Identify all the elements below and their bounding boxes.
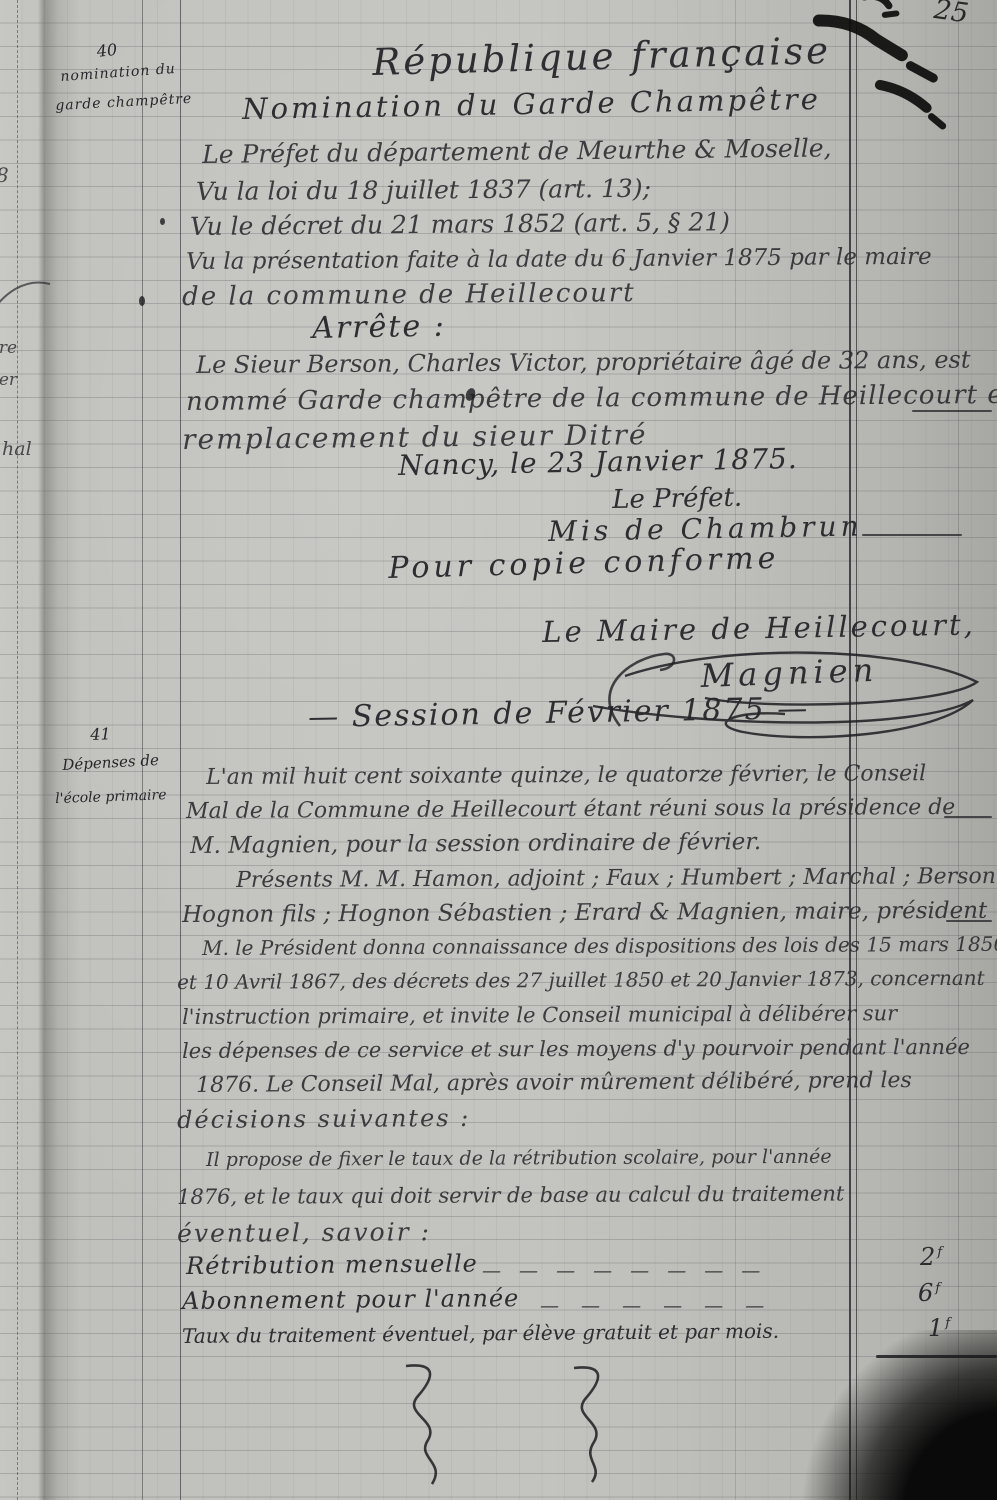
arrete-heading: Arrête : — [312, 311, 446, 345]
amount-column-line-1 — [849, 0, 851, 1500]
act-line: Le Préfet du département de Meurthe & Mo… — [202, 135, 832, 168]
prefet-title: Le Préfet. — [612, 485, 742, 515]
act-line: Vu la présentation faite à la date du 6 … — [186, 245, 932, 274]
session-line: L'an mil huit cent soixante quinze, le q… — [206, 762, 926, 789]
tariff-item-amount: 1f — [928, 1316, 950, 1341]
edge-flourish — [0, 270, 52, 340]
margin-note-line: nomination du — [60, 62, 176, 85]
filler-stroke — [944, 816, 992, 818]
amount-value: 1 — [928, 1314, 943, 1342]
session-line: Hognon fils ; Hognon Sébastien ; Erard &… — [182, 899, 987, 927]
prefet-signature: Mis de Chambrun — [548, 512, 863, 547]
margin-line-outer — [142, 0, 143, 1500]
amount-unit: f — [935, 1281, 940, 1296]
edge-fragment: ter — [0, 370, 17, 390]
centimes-column-line — [958, 0, 959, 1500]
margin-note-number: 40 — [96, 42, 118, 61]
total-rule — [876, 1355, 997, 1358]
tariff-item-label: Abonnement pour l'année — [182, 1286, 519, 1314]
filler-stroke — [946, 920, 992, 922]
act-body-line: nommé Garde champêtre de la commune de H… — [186, 382, 997, 417]
document-title: République française — [372, 32, 831, 83]
signature-stroke — [862, 534, 962, 536]
session-line: M. le Président donna connaissance des d… — [202, 934, 997, 959]
brace-squiggle — [388, 1362, 468, 1500]
amount-value: 2 — [920, 1243, 935, 1271]
act-line: Vu la loi du 18 juillet 1837 (art. 13); — [196, 176, 651, 205]
edge-fragment: 8 — [0, 163, 9, 187]
session-line: 1876, et le taux qui doit servir de base… — [177, 1183, 844, 1209]
margin-note-line: l'école primaire — [55, 788, 167, 807]
session-line: et 10 Avril 1867, des décrets des 27 jui… — [177, 968, 985, 993]
act-body-line: Le Sieur Berson, Charles Victor, proprié… — [196, 348, 971, 379]
amount-value: 6 — [918, 1279, 933, 1307]
tariff-item-dashes: — — — — — — — — — [482, 1262, 766, 1282]
margin-note-line: garde champêtre — [55, 92, 193, 114]
filler-stroke — [912, 410, 992, 412]
tariff-item-label: Taux du traitement éventuel, par élève g… — [182, 1321, 779, 1347]
session-line: 1876. Le Conseil Mal, après avoir mûreme… — [196, 1069, 912, 1097]
amount-unit: f — [945, 1316, 950, 1331]
brace-squiggle — [552, 1362, 632, 1500]
session-line: les dépenses de ce service et sur les mo… — [182, 1036, 970, 1062]
session-line: Il propose de fixer le taux de la rétrib… — [206, 1148, 832, 1171]
prev-page-margin-line — [17, 0, 19, 1500]
session-line: Mal de la Commune de Heillecourt étant r… — [186, 796, 955, 823]
tariff-item-amount: 6f — [918, 1281, 940, 1306]
session-heading: — Session de Février 1875 — — [308, 693, 809, 733]
ink-blot — [160, 218, 165, 225]
tariff-item-label: Rétribution mensuelle — [186, 1251, 478, 1279]
act-line: Vu le décret du 21 mars 1852 (art. 5, § … — [190, 209, 730, 240]
tariff-item-dashes: — — — — — — — [540, 1297, 772, 1317]
maire-title: Le Maire de Heillecourt, — [542, 609, 976, 647]
margin-note-line: Dépenses de — [62, 753, 159, 774]
tariff-item-amount: 2f — [920, 1245, 942, 1270]
act-line: de la commune de Heillecourt — [182, 280, 636, 311]
margin-note-number: 41 — [90, 726, 111, 743]
document-subtitle: Nomination du Garde Champêtre — [242, 84, 821, 125]
session-line: M. Magnien, pour la session ordinaire de… — [190, 830, 761, 858]
amount-unit: f — [937, 1245, 942, 1260]
register-page-scan: 8 tre ter hal 25 40 nomination du garde … — [0, 0, 997, 1500]
session-line: décisions suivantes : — [177, 1106, 470, 1133]
session-line: éventuel, savoir : — [177, 1219, 431, 1247]
copy-conform-line: Pour copie conforme — [388, 543, 780, 585]
session-line: Présents M. M. Hamon, adjoint ; Faux ; H… — [236, 865, 996, 892]
edge-fragment: hal — [2, 438, 32, 460]
session-line: l'instruction primaire, et invite le Con… — [182, 1002, 897, 1028]
amount-column-line-2 — [856, 0, 857, 1500]
edge-fragment: tre — [0, 338, 17, 358]
ink-blot — [139, 296, 145, 306]
margin-line-inner — [180, 0, 181, 1500]
dateline: Nancy, le 23 Janvier 1875. — [398, 444, 798, 480]
